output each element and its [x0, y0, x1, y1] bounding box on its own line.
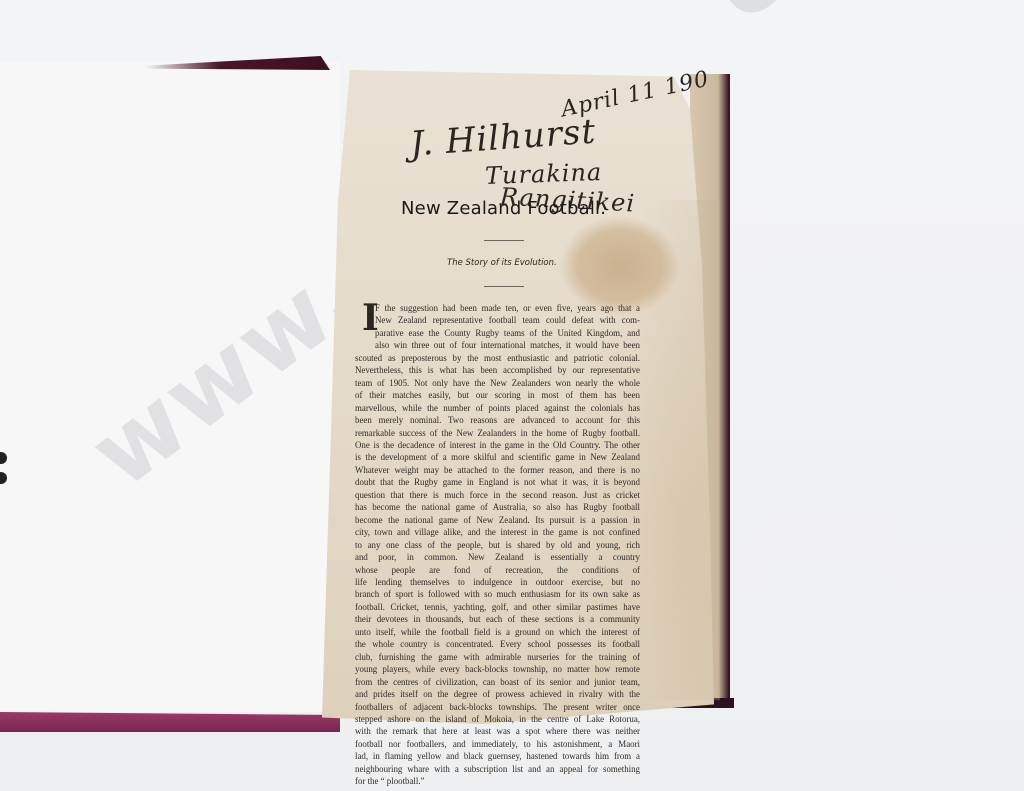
body-line: the whole country is concentrated. Every…: [355, 638, 640, 650]
body-line: been merely nominal. Two reasons are adv…: [355, 414, 640, 426]
body-line: city, town and village alike, and the in…: [355, 526, 640, 538]
book-left-flyleaf: [0, 62, 340, 712]
body-line: stepped ashore on the island of Mokoia, …: [355, 713, 640, 725]
body-line: has become the national game of Australi…: [355, 501, 640, 513]
body-line: marvellous, while the number of points p…: [355, 402, 640, 414]
body-line: unto itself, while the football field is…: [355, 626, 640, 638]
body-line: branch of sport is followed with so much…: [355, 588, 640, 600]
body-line: and prides itself on the degree of prowe…: [355, 688, 640, 700]
body-line: doubt that the Rugby game in England is …: [355, 476, 640, 488]
body-line: football. Cricket, tennis, yachting, gol…: [355, 601, 640, 613]
divider-rule: [484, 240, 524, 241]
body-line: One is the decadence of interest in the …: [355, 439, 640, 451]
body-line: F the suggestion had been made ten, or e…: [355, 302, 640, 314]
body-line: young players, while every back-blocks t…: [355, 663, 640, 675]
divider-rule: [484, 286, 524, 287]
body-line: whose people are fond of recreation, the…: [355, 564, 640, 576]
body-line: club, furnishing the game with admirable…: [355, 651, 640, 663]
body-line: for the “ plootball.”: [355, 775, 640, 787]
body-line: is the development of a more skilful and…: [355, 451, 640, 463]
body-line: Nevertheless, this is what has been acco…: [355, 364, 640, 376]
body-line: team of 1905. Not only have the New Zeal…: [355, 377, 640, 389]
body-line: lad, in flaming yellow and black guernse…: [355, 750, 640, 762]
document-title: New Zealand Football.: [401, 198, 661, 219]
body-line: of their matches easily, but our scoring…: [355, 389, 640, 401]
body-line: New Zealand representative football team…: [355, 314, 640, 326]
book-cover-edge-bottom: [0, 712, 340, 732]
body-line: footballers of adjacent back-blocks town…: [355, 701, 640, 713]
body-line: from the centres of civilization, can bo…: [355, 676, 640, 688]
document-subtitle: The Story of its Evolution.: [447, 258, 597, 268]
body-line: life lending themselves to indulgence in…: [355, 576, 640, 588]
watermark-right: e.co.nz: [689, 0, 1024, 43]
body-line: scouted as preposterous by the most enth…: [355, 352, 640, 364]
body-line: to any one class of the people, but is s…: [355, 539, 640, 551]
document-body: F the suggestion had been made ten, or e…: [355, 302, 640, 788]
book-clasp: [0, 452, 8, 492]
body-line: parative ease the County Rugby teams of …: [355, 327, 640, 339]
body-line: remarkable success of the New Zealanders…: [355, 427, 640, 439]
body-line: neighbouring whare with a subscription l…: [355, 763, 640, 775]
body-line: Whatever weight may be attached to the f…: [355, 464, 640, 476]
body-line: question that there is much force in the…: [355, 489, 640, 501]
body-line: football nor footballers, and immediatel…: [355, 738, 640, 750]
body-line: become the national game of New Zealand.…: [355, 514, 640, 526]
body-line: also win three out of four international…: [355, 339, 640, 351]
body-line: their devotees in thousands, but each of…: [355, 613, 640, 625]
body-line: and poor, in common. New Zealand is esse…: [355, 551, 640, 563]
body-line: with the remark that here at least was a…: [355, 725, 640, 737]
